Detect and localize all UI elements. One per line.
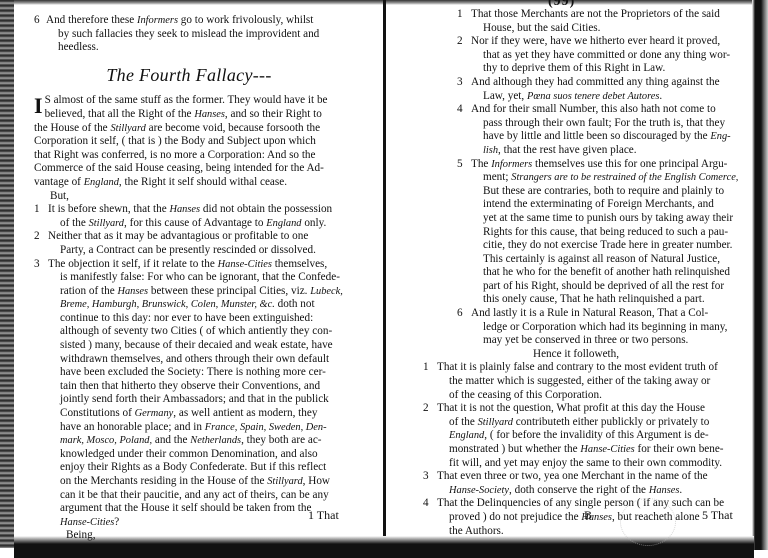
italic-term: lish [483, 145, 498, 156]
text-line: And although they had committed any thin… [471, 76, 740, 90]
text-line: by such fallacies they seek to mislead t… [46, 28, 344, 42]
numbered-item-2: 2Neither that as it may be advantagious … [34, 230, 344, 257]
right-numbered-list-a: 1That those Merchants are not the Propri… [415, 8, 740, 348]
italic-term: Hanse-Cities [580, 444, 634, 455]
italic-term: Informers [491, 159, 532, 170]
numbered-item-3: 3The objection it self, if it relate to … [34, 258, 344, 530]
italic-term: Strangers are to be restrained of the En… [511, 172, 738, 183]
italic-term: Stillyard [478, 417, 513, 428]
text-line: This certainly is against all reason of … [471, 253, 740, 267]
text-line: It is before shewn, that the Hanses did … [48, 203, 344, 217]
book-spread: 6And therefore these Informers go to wor… [0, 0, 768, 558]
right-page: 1That those Merchants are not the Propri… [415, 8, 740, 538]
text-line: have been excluded the Society: There is… [48, 366, 344, 380]
text-line: And therefore these Informers go to work… [46, 14, 344, 28]
item-number: 1 [457, 8, 463, 22]
text-line: monstrated ) but whether the Hanse-Citie… [437, 443, 740, 457]
italic-term: Hanses [117, 286, 148, 297]
item-number: 4 [457, 103, 463, 117]
numbered-item-6: 6And therefore these Informers go to wor… [34, 14, 344, 55]
text-line: ration of the Hanses between these princ… [48, 285, 344, 299]
being-line: Being, [34, 529, 344, 543]
item-number: 5 [457, 158, 463, 172]
text-line: jointly send forth their Ambassadors; an… [48, 393, 344, 407]
text-line: that Right was conferred, is no more a C… [34, 149, 344, 163]
italic-term: Hanses [169, 204, 200, 215]
text-line: enjoy their Rights as a Body Confederate… [48, 461, 344, 475]
text-line: lish, that the rest have given place. [471, 144, 740, 158]
text-line: Law, yet, Pœna suos tenere debet Autores… [471, 90, 740, 104]
item-number: 4 [423, 497, 429, 511]
text-line: S almost of the same stuff as the former… [34, 94, 344, 108]
item-number: 3 [423, 470, 429, 484]
numbered-item-5: 5The Informers themselves use this for o… [457, 158, 740, 308]
numbered-item-2: 2That it is not the question, What profi… [423, 402, 740, 470]
gutter-divider [383, 0, 386, 550]
italic-term: Hanses [649, 485, 680, 496]
text-line: although of seventy two Cities ( of whic… [48, 325, 344, 339]
italic-term: Hanse-Cities [60, 517, 114, 528]
text-line: That those Merchants are not the Proprie… [471, 8, 740, 22]
item-number: 1 [423, 361, 429, 375]
text-line: Hanse-Society, doth conserve the right o… [437, 484, 740, 498]
library-stamp [620, 498, 676, 546]
text-line: this onely cause, That he hath relinquis… [471, 293, 740, 307]
text-line: That it is plainly false and contrary to… [437, 361, 740, 375]
text-line: that as yet they have committed or done … [471, 49, 740, 63]
numbered-item-6: 6And lastly it is a Rule in Natural Reas… [457, 307, 740, 348]
text-line: Rights for this cause, that being reduce… [471, 226, 740, 240]
text-line: the Authors. [437, 525, 740, 539]
text-line: is manifestly false: For who can be igno… [48, 271, 344, 285]
italic-term: England [266, 218, 301, 229]
left-catchword: 1 That [308, 508, 339, 523]
italic-term: Stillyard [267, 476, 302, 487]
italic-term: Hanses [194, 109, 225, 120]
text-line: of the ceasing of this Corporation. [437, 389, 740, 403]
text-line: That it is not the question, What profit… [437, 402, 740, 416]
right-catchword: 5 That [702, 508, 733, 523]
drop-cap: I [34, 95, 43, 117]
numbered-item-3: 3That even three or two, yea one Merchan… [423, 470, 740, 497]
text-line: ment; Strangers are to be restrained of … [471, 171, 740, 185]
right-numbered-list-b: 1That it is plainly false and contrary t… [415, 361, 740, 538]
text-line: withdrawn themselves, and others through… [48, 353, 344, 367]
text-line: thy to deprive them of this Right in Law… [471, 62, 740, 76]
text-line: have by little and little been so discou… [471, 130, 740, 144]
item-number: 2 [423, 402, 429, 416]
text-line: Breme, Hamburgh, Brunswick, Colen, Munst… [48, 298, 344, 312]
text-line: the House of the Stillyard are become vo… [34, 122, 344, 136]
item-number: 1 [34, 203, 40, 217]
fallacy-paragraph: I S almost of the same stuff as the form… [34, 94, 344, 189]
text-line: fit will, and yet may enjoy the same to … [437, 457, 740, 471]
text-line: may yet be conserved in three or two per… [471, 334, 740, 348]
text-line: But these are contraries, both to requir… [471, 185, 740, 199]
text-line: Nor if they were, have we hitherto ever … [471, 35, 740, 49]
text-line: And lastly it is a Rule in Natural Reaso… [471, 307, 740, 321]
italic-term: mark, Mosco, Poland, [60, 435, 152, 446]
hence-line: Hence it followeth, [415, 348, 740, 362]
italic-term: Netherlands [190, 435, 241, 446]
text-line: mark, Mosco, Poland, and the Netherlands… [48, 434, 344, 448]
text-line: England, ( for before the invalidity of … [437, 429, 740, 443]
text-line: can it be that their paucitie, and any a… [48, 489, 344, 503]
text-line: argument that the House it self should b… [48, 502, 344, 516]
text-line: that he who for the benefit of another h… [471, 266, 740, 280]
text-line: on the Merchants residing in the House o… [48, 475, 344, 489]
italic-term: France, Spain, Sweden, Den- [205, 422, 327, 433]
text-line: That even three or two, yea one Merchant… [437, 470, 740, 484]
italic-term: Stillyard [110, 123, 145, 134]
text-line: knowledged under their common Denominati… [48, 448, 344, 462]
numbered-item-1: 1That it is plainly false and contrary t… [423, 361, 740, 402]
text-line: of the Stillyard, for this cause of Adva… [48, 217, 344, 231]
numbered-item-4: 4And for their small Number, this also h… [457, 103, 740, 157]
signature-mark: B [584, 508, 592, 523]
numbered-item-4: 4That the Delinquencies of any single pe… [423, 497, 740, 538]
italic-term: Breme, Hamburgh, Brunswick, Colen, Munst… [60, 299, 275, 310]
but-line: But, [34, 190, 344, 204]
text-line: And for their small Number, this also ha… [471, 103, 740, 117]
text-line: The objection it self, if it relate to t… [48, 258, 344, 272]
text-line: the matter which is suggested, either of… [437, 375, 740, 389]
left-numbered-list: 1It is before shewn, that the Hanses did… [34, 203, 344, 529]
text-line: believed, that all the Right of the Hans… [34, 108, 344, 122]
item-number: 3 [457, 76, 463, 90]
text-line: tain then that hitherto they observe the… [48, 380, 344, 394]
text-line: heedless. [46, 41, 344, 55]
numbered-item-1: 1It is before shewn, that the Hanses did… [34, 203, 344, 230]
text-line: House, but the said Cities. [471, 22, 740, 36]
text-line: sisted ) many, because of their decaied … [48, 339, 344, 353]
text-line: Corporation it self, ( that is ) the Bod… [34, 135, 344, 149]
italic-term: Stillyard [89, 218, 124, 229]
text-line: pass through their own fault; For the tr… [471, 117, 740, 131]
right-page-edge [752, 0, 768, 550]
numbered-item-2: 2Nor if they were, have we hitherto ever… [457, 35, 740, 76]
text-line: yet at the same time to punish ours by t… [471, 212, 740, 226]
text-line: Commerce of the said House ceasing, bein… [34, 162, 344, 176]
text-line: continue to this day: nor ever to have b… [48, 312, 344, 326]
text-line: Constitutions of Germany, as well antien… [48, 407, 344, 421]
item-number: 6 [34, 14, 40, 28]
numbered-item-1: 1That those Merchants are not the Propri… [457, 8, 740, 35]
italic-term: England [449, 430, 484, 441]
text-line: Party, a Contract can be presently resci… [48, 244, 344, 258]
italic-term: Eng- [710, 131, 730, 142]
italic-term: Germany [135, 408, 174, 419]
text-line: The Informers themselves use this for on… [471, 158, 740, 172]
numbered-item-3: 3And although they had committed any thi… [457, 76, 740, 103]
text-line: intend the exterminating of Foreign Merc… [471, 198, 740, 212]
left-page: 6And therefore these Informers go to wor… [34, 14, 344, 543]
item-number: 2 [34, 230, 40, 244]
text-line: have an honorable place; and in France, … [48, 421, 344, 435]
item-number: 6 [457, 307, 463, 321]
italic-term: Hanse-Cities [218, 259, 272, 270]
item-number: 3 [34, 258, 40, 272]
text-line: part of his Right, should be deprived of… [471, 280, 740, 294]
italic-term: Lubeck, [310, 286, 343, 297]
italic-term: England [84, 177, 119, 188]
item-number: 2 [457, 35, 463, 49]
text-line: Hanse-Cities? [48, 516, 344, 530]
text-line: of the Stillyard contributeth either pub… [437, 416, 740, 430]
left-item-6: 6And therefore these Informers go to wor… [34, 14, 344, 55]
text-line: citie, they do not exercise Trade here i… [471, 239, 740, 253]
text-line: Neither that as it may be advantagious o… [48, 230, 344, 244]
left-page-edge [0, 0, 14, 548]
italic-term: Informers [137, 15, 178, 26]
section-heading: The Fourth Fallacy--- [34, 69, 344, 83]
italic-term: Hanse-Society [449, 485, 509, 496]
text-line: vantage of England, the Right it self sh… [34, 176, 344, 190]
italic-term: Pœna suos tenere debet Autores [527, 91, 659, 102]
text-line: ledge or Corporation which had its begin… [471, 321, 740, 335]
